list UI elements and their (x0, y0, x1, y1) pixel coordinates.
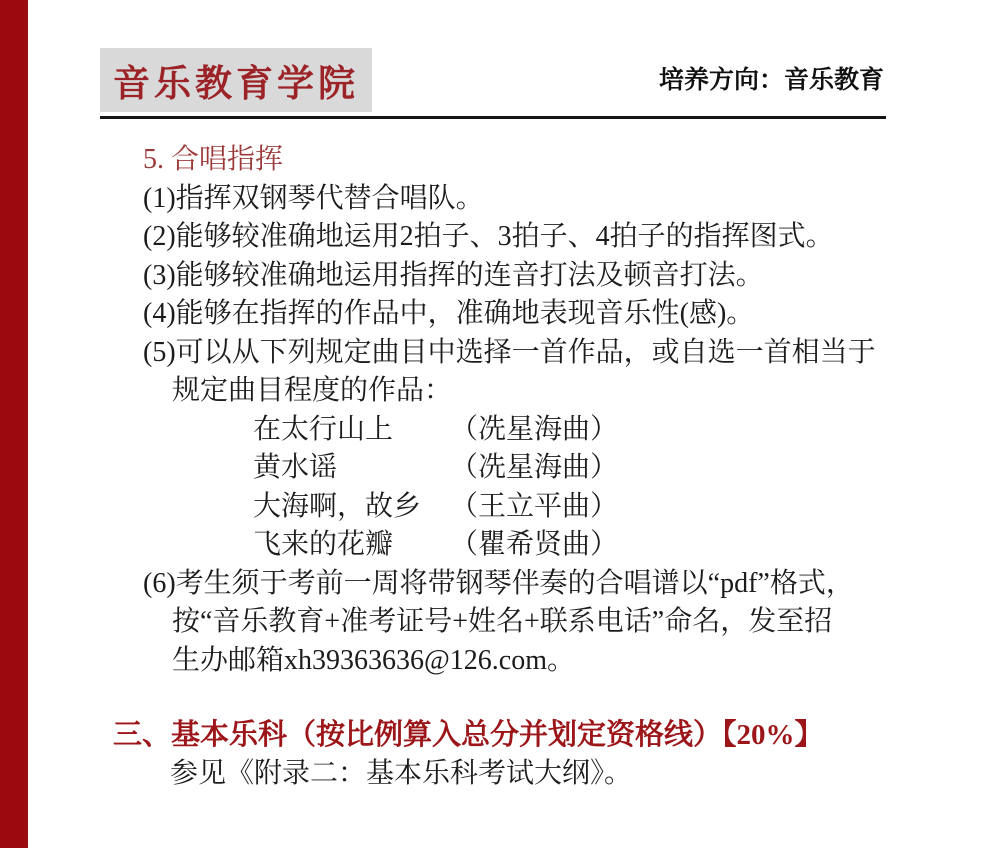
song-title: 大海啊，故乡 (253, 488, 450, 527)
song-title: 在太行山上 (253, 411, 450, 450)
college-title-box: 音乐教育学院 (100, 48, 372, 112)
song-composer: （冼星海曲） (450, 411, 618, 450)
point-1: (1)指挥双钢琴代替合唱队。 (0, 180, 982, 219)
point-6-line-2: 按“音乐教育+准考证号+姓名+联系电话”命名，发至招 (0, 603, 982, 642)
document-page: 音乐教育学院 培养方向：音乐教育 5. 合唱指挥 (1)指挥双钢琴代替合唱队。 … (0, 0, 982, 848)
point-5-continuation: 规定曲目程度的作品： (0, 372, 982, 411)
song-title: 黄水谣 (253, 449, 450, 488)
song-row: 飞来的花瓣（瞿希贤曲） (0, 526, 982, 565)
song-composer: （瞿希贤曲） (450, 526, 618, 565)
song-title: 飞来的花瓣 (253, 526, 450, 565)
document-body: 5. 合唱指挥 (1)指挥双钢琴代替合唱队。 (2)能够较准确地运用2拍子、3拍… (0, 141, 982, 793)
item-5-heading: 5. 合唱指挥 (0, 141, 982, 180)
song-row: 在太行山上（冼星海曲） (0, 411, 982, 450)
section-3-reference: 参见《附录二：基本乐科考试大纲》。 (0, 755, 982, 794)
point-3: (3)能够较准确地运用指挥的连音打法及顿音打法。 (0, 257, 982, 296)
college-title: 音乐教育学院 (113, 53, 359, 107)
header-divider (100, 116, 886, 119)
song-composer: （王立平曲） (450, 488, 618, 527)
training-direction: 培养方向：音乐教育 (659, 60, 884, 96)
section-3-heading: 三、基本乐科（按比例算入总分并划定资格线）【20%】 (0, 716, 982, 755)
song-composer: （冼星海曲） (450, 449, 618, 488)
song-row: 大海啊，故乡（王立平曲） (0, 488, 982, 527)
song-row: 黄水谣（冼星海曲） (0, 449, 982, 488)
point-6-line-1: (6)考生须于考前一周将带钢琴伴奏的合唱谱以“pdf”格式， (0, 565, 982, 604)
point-5: (5)可以从下列规定曲目中选择一首作品，或自选一首相当于 (0, 334, 982, 373)
point-6-line-3: 生办邮箱xh39363636@126.com。 (0, 642, 982, 681)
point-2: (2)能够较准确地运用2拍子、3拍子、4拍子的指挥图式。 (0, 218, 982, 257)
point-4: (4)能够在指挥的作品中，准确地表现音乐性(感)。 (0, 295, 982, 334)
